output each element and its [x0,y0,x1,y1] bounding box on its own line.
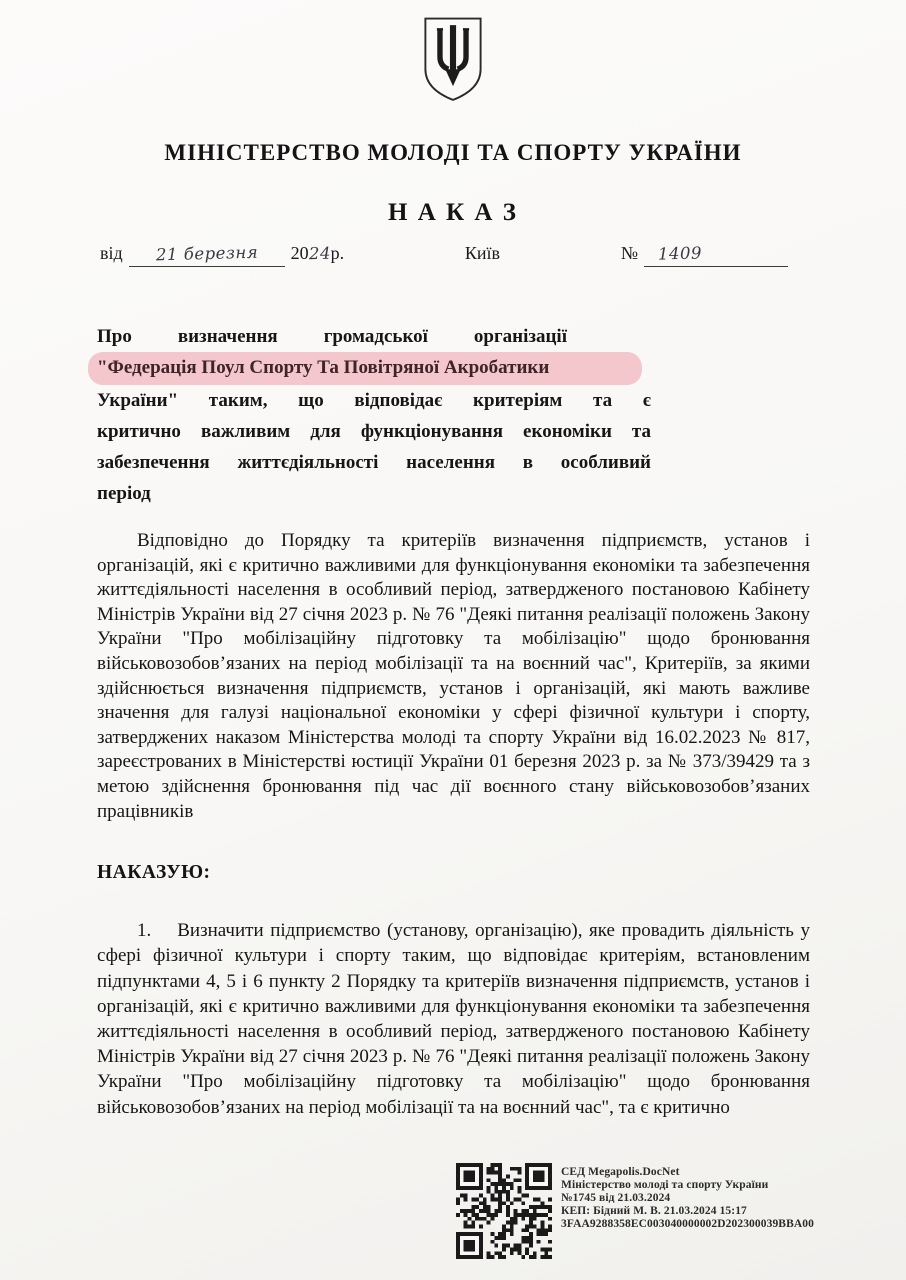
trident-shield-graphic [414,14,492,106]
document-type-title: Н А К А З [0,199,906,227]
stamp-text-block: СЕД Megapolis.DocNet Міністерство молоді… [561,1163,814,1231]
number-label: № [621,243,638,263]
highlighted-organization-name: "Федерація Поул Спорту Та Повітряної Акр… [88,352,642,385]
number-underline: 1409 [644,243,788,267]
year-prefix: 20 [291,243,309,263]
subject-line-6: період [97,478,651,509]
subject-block: Про визначення громадської організації "… [97,321,651,509]
subject-line-1: Про визначення громадської організації [97,321,567,352]
date-number-row: від21 березня2024р. Київ №1409 [0,243,906,267]
preamble-paragraph: Відповідно до Порядку та критеріїв визна… [97,529,810,824]
ministry-title: МІНІСТЕРСТВО МОЛОДІ ТА СПОРТУ УКРАЇНИ [0,140,906,166]
order-item-1: 1.Визначити підприємство (установу, орга… [97,918,810,1120]
qr-code [456,1163,552,1259]
city-label: Київ [465,243,500,264]
subject-line-4: критично важливим для функціонування еко… [97,416,651,447]
stamp-system-name: СЕД Megapolis.DocNet [561,1166,814,1179]
year-suffix: р. [331,243,345,263]
number-block: №1409 [621,243,794,267]
stamp-ministry-name: Міністерство молоді та спорту України [561,1179,814,1192]
date-underline: 21 березня [129,243,285,267]
order-heading: НАКАЗУЮ: [97,862,906,884]
order-item-1-text: Визначити підприємство (установу, органі… [97,920,810,1117]
date-block: від21 березня2024р. [100,243,344,267]
subject-line-5: забезпечення життєдіяльності населення в… [97,447,651,478]
digital-signature-stamp: СЕД Megapolis.DocNet Міністерство молоді… [456,1163,814,1259]
handwritten-date: 21 березня [155,243,258,265]
handwritten-number: 1409 [658,243,702,263]
ukraine-trident-emblem-icon [414,14,492,106]
subject-line-2: "Федерація Поул Спорту Та Повітряної Акр… [97,352,651,385]
document-page: МІНІСТЕРСТВО МОЛОДІ ТА СПОРТУ УКРАЇНИ Н … [0,0,906,1280]
handwritten-year: 24 [308,244,330,264]
stamp-signature-hash: 3FAA9288358EC003040000002D202300039BBA00 [561,1218,814,1231]
subject-line-3: України" таким, що відповідає критеріям … [97,385,651,416]
date-prefix-label: від [100,243,123,263]
stamp-signature-info: КЕП: Бідний М. В. 21.03.2024 15:17 [561,1205,814,1218]
stamp-registration-number: №1745 від 21.03.2024 [561,1192,814,1205]
order-item-1-number: 1. [137,920,151,941]
